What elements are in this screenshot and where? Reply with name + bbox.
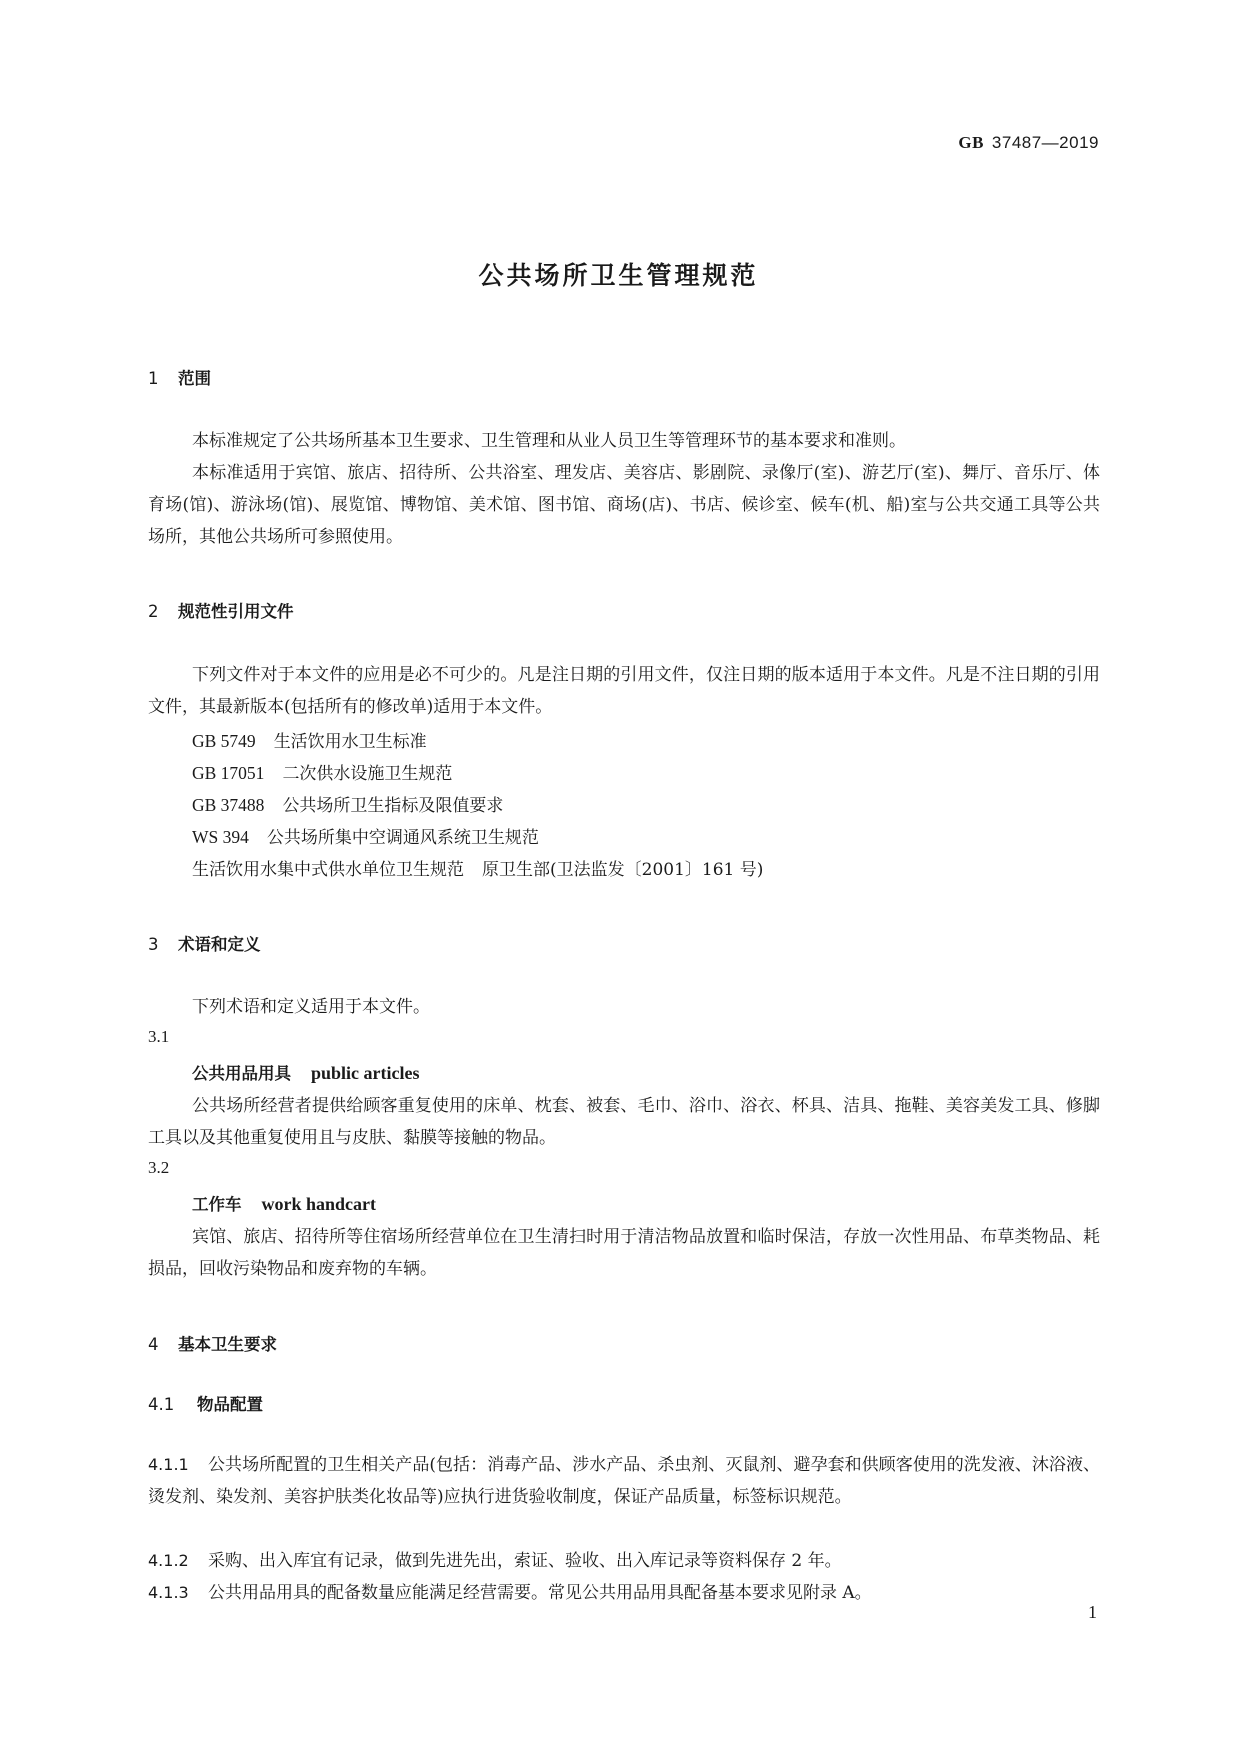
term-definition: 宾馆、旅店、招待所等住宿场所经营单位在卫生清扫时用于清洁物品放置和临时保洁，存放… <box>148 1221 1100 1285</box>
clause-4-1-3: 4.1.3公共用品用具的配备数量应能满足经营需要。常见公共用品用具配备基本要求见… <box>148 1577 1100 1609</box>
clause-text: 采购、出入库宜有记录，做到先进先出，索证、验收、出入库记录等资料保存 2 年。 <box>208 1551 842 1571</box>
section-number: 1 <box>148 369 178 388</box>
section-title: 规范性引用文件 <box>178 602 294 621</box>
clause-text: 公共场所配置的卫生相关产品(包括：消毒产品、涉水产品、杀虫剂、灭鼠剂、避孕套和供… <box>148 1455 1100 1507</box>
section-number: 4 <box>148 1335 178 1354</box>
section-heading-2: 2规范性引用文件 <box>148 598 294 622</box>
reference-code: 生活饮用水集中式供水单位卫生规范 <box>192 855 464 880</box>
paragraph: 下列文件对于本文件的应用是必不可少的。凡是注日期的引用文件，仅注日期的版本适用于… <box>148 659 1100 723</box>
reference-code: GB 17051 <box>192 763 264 784</box>
page-number: 1 <box>1088 1602 1097 1623</box>
reference-name: 公共场所卫生指标及限值要求 <box>282 796 503 816</box>
subsection-title: 物品配置 <box>197 1395 263 1414</box>
reference-code: WS 394 <box>192 827 249 848</box>
clause-4-1-2: 4.1.2采购、出入库宜有记录，做到先进先出，索证、验收、出入库记录等资料保存 … <box>148 1545 1100 1577</box>
section-heading-4: 4基本卫生要求 <box>148 1331 277 1355</box>
reference-code: GB 5749 <box>192 731 256 752</box>
clause-text: 公共用品用具的配备数量应能满足经营需要。常见公共用品用具配备基本要求见附录 A。 <box>208 1583 872 1603</box>
subsection-number: 4.1 <box>148 1395 197 1414</box>
reference-item: GB 5749生活饮用水卫生标准 <box>192 727 427 752</box>
reference-item: 生活饮用水集中式供水单位卫生规范原卫生部(卫法监发〔2001〕161 号) <box>192 855 763 880</box>
standard-prefix: GB <box>958 133 984 152</box>
section-title: 术语和定义 <box>178 935 261 954</box>
section-title: 基本卫生要求 <box>178 1335 277 1354</box>
term-heading: 公共用品用具public articles <box>192 1060 420 1084</box>
reference-item: GB 17051二次供水设施卫生规范 <box>192 759 452 784</box>
reference-name: 原卫生部(卫法监发〔2001〕161 号) <box>482 860 763 880</box>
term-number: 3.2 <box>148 1158 169 1178</box>
section-number: 2 <box>148 602 178 621</box>
section-heading-1: 1范围 <box>148 365 211 389</box>
term-en: public articles <box>311 1063 420 1083</box>
clause-4-1-1: 4.1.1公共场所配置的卫生相关产品(包括：消毒产品、涉水产品、杀虫剂、灭鼠剂、… <box>148 1449 1100 1513</box>
page-title: 公共场所卫生管理规范 <box>0 256 1237 292</box>
clause-number: 4.1.1 <box>148 1449 208 1481</box>
term-zh: 公共用品用具 <box>192 1064 291 1083</box>
term-definition: 公共场所经营者提供给顾客重复使用的床单、枕套、被套、毛巾、浴巾、浴衣、杯具、洁具… <box>148 1090 1100 1154</box>
paragraph: 下列术语和定义适用于本文件。 <box>148 991 1100 1023</box>
reference-name: 二次供水设施卫生规范 <box>282 764 452 784</box>
section-title: 范围 <box>178 369 211 388</box>
reference-name: 生活饮用水卫生标准 <box>274 732 427 752</box>
clause-number: 4.1.3 <box>148 1577 208 1609</box>
reference-item: WS 394公共场所集中空调通风系统卫生规范 <box>192 823 539 848</box>
reference-item: GB 37488公共场所卫生指标及限值要求 <box>192 791 503 816</box>
term-heading: 工作车work handcart <box>192 1191 376 1215</box>
paragraph: 本标准规定了公共场所基本卫生要求、卫生管理和从业人员卫生等管理环节的基本要求和准… <box>148 425 1100 457</box>
term-en: work handcart <box>262 1194 377 1214</box>
paragraph: 本标准适用于宾馆、旅店、招待所、公共浴室、理发店、美容店、影剧院、录像厅(室)、… <box>148 457 1100 553</box>
clause-number: 4.1.2 <box>148 1545 208 1577</box>
subsection-heading-4-1: 4.1物品配置 <box>148 1391 263 1415</box>
reference-code: GB 37488 <box>192 795 264 816</box>
section-number: 3 <box>148 935 178 954</box>
reference-name: 公共场所集中空调通风系统卫生规范 <box>267 828 539 848</box>
standard-code: GB37487—2019 <box>958 133 1099 153</box>
term-zh: 工作车 <box>192 1195 242 1214</box>
section-heading-3: 3术语和定义 <box>148 931 261 955</box>
term-number: 3.1 <box>148 1027 169 1047</box>
standard-number: 37487—2019 <box>992 133 1099 152</box>
